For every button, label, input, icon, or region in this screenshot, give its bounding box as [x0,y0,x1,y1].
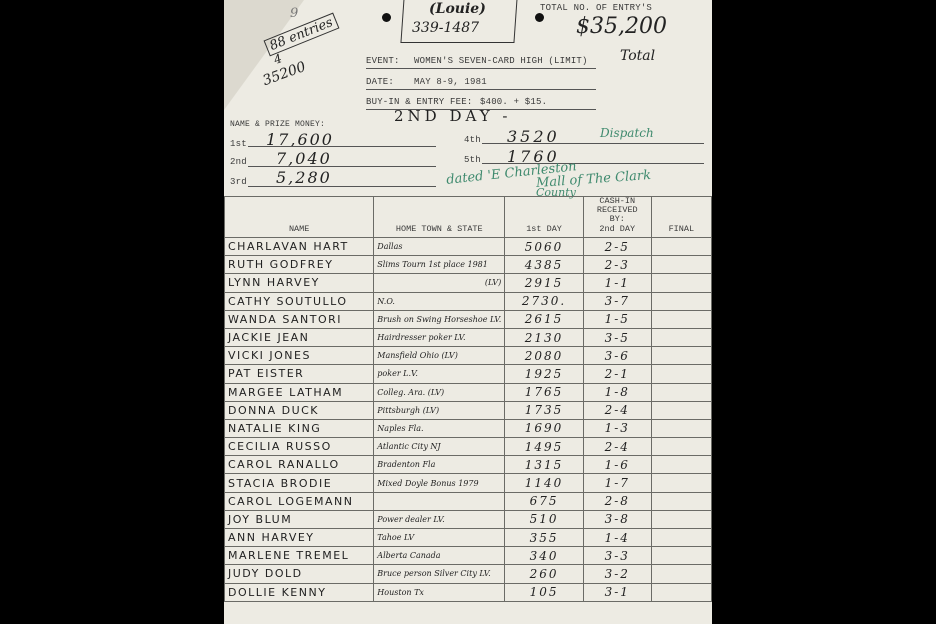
row-final [651,310,711,328]
row-day1: 2130 [505,328,584,346]
row-final [651,401,711,419]
row-town: Houston Tx [374,583,505,601]
row-day2: 1-5 [583,310,651,328]
row-day1: 510 [505,510,584,528]
row-name: JOY BLUM [225,510,374,528]
row-town: Bradenton Fla [374,456,505,474]
row-town: Atlantic City NJ [374,438,505,456]
col-day2-label: 2nd DAY [587,224,648,234]
row-town: Bruce person Silver City LV. [374,565,505,583]
row-day2: 1-8 [583,383,651,401]
row-town: Slims Tourn 1st place 1981 [374,256,505,274]
col-day2: CASH-IN RECEIVED BY: 2nd DAY [583,197,651,238]
table-row: JUDY DOLDBruce person Silver City LV.260… [225,565,712,583]
row-final [651,256,711,274]
row-town [374,492,505,510]
row-name: CAROL RANALLO [225,456,374,474]
phone-name: (Louie) [429,1,486,17]
row-name: PAT EISTER [225,365,374,383]
row-name: CHARLAVAN HART [225,238,374,256]
row-town: Power dealer LV. [374,510,505,528]
row-day1: 675 [505,492,584,510]
row-name: DONNA DUCK [225,401,374,419]
total-value: $35,200 [576,14,667,39]
prize-heading: NAME & PRIZE MONEY: [230,120,325,129]
row-final [651,438,711,456]
row-final [651,238,711,256]
phone-number: 339-1487 [412,20,479,36]
total-note: Total [620,48,655,64]
col-final: FINAL [651,197,711,238]
row-name: NATALIE KING [225,419,374,437]
row-day2: 3-6 [583,347,651,365]
row-name: RUTH GODFREY [225,256,374,274]
row-final [651,474,711,492]
row-name: DOLLIE KENNY [225,583,374,601]
row-town: Mixed Doyle Bonus 1979 [374,474,505,492]
row-day1: 1315 [505,456,584,474]
scanned-document: 9 88 entries 4 35200 (Louie) 339-1487 TO… [224,0,712,624]
col-received: CASH-IN RECEIVED BY: [587,197,648,224]
table-row: CECILIA RUSSOAtlantic City NJ14952-4 [225,438,712,456]
table-row: CATHY SOUTULLON.O.2730.3-7 [225,292,712,310]
row-name: STACIA BRODIE [225,474,374,492]
row-day1: 4385 [505,256,584,274]
row-name: CAROL LOGEMANN [225,492,374,510]
row-final [651,510,711,528]
prize-3rd-underline [248,186,436,187]
row-name: JUDY DOLD [225,565,374,583]
table-row: NATALIE KINGNaples Fla.16901-3 [225,419,712,437]
row-final [651,383,711,401]
row-town: Brush on Swing Horseshoe LV. [374,310,505,328]
row-name: ANN HARVEY [225,529,374,547]
table-row: DONNA DUCKPittsburgh (LV)17352-4 [225,401,712,419]
prize-5th-underline [482,163,704,164]
col-name: NAME [225,197,374,238]
row-day1: 1690 [505,419,584,437]
row-day1: 1765 [505,383,584,401]
row-day1: 1140 [505,474,584,492]
table-row: CHARLAVAN HARTDallas50602-5 [225,238,712,256]
row-final [651,328,711,346]
table-row: RUTH GODFREYSlims Tourn 1st place 198143… [225,256,712,274]
row-day2: 3-5 [583,328,651,346]
row-final [651,365,711,383]
table-header-row: NAME HOME TOWN & STATE 1st DAY CASH-IN R… [225,197,712,238]
row-day2: 3-8 [583,510,651,528]
table-row: CAROL RANALLOBradenton Fla13151-6 [225,456,712,474]
table-row: CAROL LOGEMANN6752-8 [225,492,712,510]
row-day1: 2615 [505,310,584,328]
date-underline [366,89,596,90]
row-final [651,456,711,474]
row-day1: 2730. [505,292,584,310]
event-underline [366,68,596,69]
row-town: N.O. [374,292,505,310]
punch-hole-right [535,13,544,22]
row-day1: 2915 [505,274,584,292]
row-day2: 2-5 [583,238,651,256]
event-label: EVENT: [366,56,400,66]
col-town: HOME TOWN & STATE [374,197,505,238]
row-name: WANDA SANTORI [225,310,374,328]
row-day2: 1-7 [583,474,651,492]
row-name: MARLENE TREMEL [225,547,374,565]
table-row: JOY BLUMPower dealer LV.5103-8 [225,510,712,528]
row-final [651,419,711,437]
prize-1st-underline [248,146,436,147]
row-town: Pittsburgh (LV) [374,401,505,419]
row-town: poker L.V. [374,365,505,383]
col-day1: 1st DAY [505,197,584,238]
row-final [651,583,711,601]
row-name: CECILIA RUSSO [225,438,374,456]
row-day2: 3-7 [583,292,651,310]
prize-amount-3rd: 5,280 [276,168,332,187]
row-day2: 1-6 [583,456,651,474]
table-row: ANN HARVEYTahoe LV3551-4 [225,529,712,547]
row-day2: 1-1 [583,274,651,292]
row-town: Colleg. Ara. (LV) [374,383,505,401]
row-town: Dallas [374,238,505,256]
row-day1: 260 [505,565,584,583]
row-town: Naples Fla. [374,419,505,437]
table-row: PAT EISTERpoker L.V.19252-1 [225,365,712,383]
prize-place-1st: 1st [230,139,247,149]
row-day1: 2080 [505,347,584,365]
row-day1: 1495 [505,438,584,456]
table-row: MARLENE TREMELAlberta Canada3403-3 [225,547,712,565]
row-day2: 3-2 [583,565,651,583]
row-day2: 2-8 [583,492,651,510]
row-day1: 355 [505,529,584,547]
day-note: 2ND DAY - [394,107,511,125]
punch-hole-left [382,13,391,22]
total-label: TOTAL NO. OF ENTRY'S [540,3,652,13]
row-name: VICKI JONES [225,347,374,365]
dispatch-note: Dispatch [600,126,654,140]
row-name: MARGEE LATHAM [225,383,374,401]
row-final [651,292,711,310]
buyin-label: BUY-IN & ENTRY FEE: [366,97,472,107]
buyin-value: $400. + $15. [480,97,547,107]
table-row: VICKI JONESMansfield Ohio (LV)20803-6 [225,347,712,365]
row-day1: 340 [505,547,584,565]
table-row: STACIA BRODIEMixed Doyle Bonus 197911401… [225,474,712,492]
row-day2: 2-4 [583,401,651,419]
row-name: LYNN HARVEY [225,274,374,292]
row-town: Hairdresser poker LV. [374,328,505,346]
row-final [651,565,711,583]
event-value: WOMEN'S SEVEN-CARD HIGH (LIMIT) [414,56,588,66]
row-town: Alberta Canada [374,547,505,565]
row-day1: 5060 [505,238,584,256]
row-day2: 1-4 [583,529,651,547]
row-day2: 3-3 [583,547,651,565]
row-day2: 2-3 [583,256,651,274]
table-row: JACKIE JEANHairdresser poker LV.21303-5 [225,328,712,346]
table-row: WANDA SANTORIBrush on Swing Horseshoe LV… [225,310,712,328]
prize-place-2nd: 2nd [230,157,247,167]
prize-place-4th: 4th [464,135,481,145]
row-final [651,547,711,565]
row-town: (LV) [374,274,505,292]
row-final [651,274,711,292]
row-final [651,529,711,547]
row-name: CATHY SOUTULLO [225,292,374,310]
row-day2: 1-3 [583,419,651,437]
date-label: DATE: [366,77,394,87]
table-row: MARGEE LATHAMColleg. Ara. (LV)17651-8 [225,383,712,401]
row-town: Mansfield Ohio (LV) [374,347,505,365]
row-day2: 3-1 [583,583,651,601]
page-mark: 9 [290,6,298,21]
row-day2: 2-4 [583,438,651,456]
prize-place-3rd: 3rd [230,177,247,187]
row-day1: 1925 [505,365,584,383]
row-name: JACKIE JEAN [225,328,374,346]
row-final [651,347,711,365]
row-town: Tahoe LV [374,529,505,547]
prize-2nd-underline [248,166,436,167]
entries-table: NAME HOME TOWN & STATE 1st DAY CASH-IN R… [224,196,712,602]
row-day1: 105 [505,583,584,601]
row-day1: 1735 [505,401,584,419]
prize-place-5th: 5th [464,155,481,165]
row-final [651,492,711,510]
row-day2: 2-1 [583,365,651,383]
table-row: DOLLIE KENNYHouston Tx1053-1 [225,583,712,601]
table-row: LYNN HARVEY(LV)29151-1 [225,274,712,292]
prize-4th-underline [482,143,704,144]
date-value: MAY 8-9, 1981 [414,77,487,87]
